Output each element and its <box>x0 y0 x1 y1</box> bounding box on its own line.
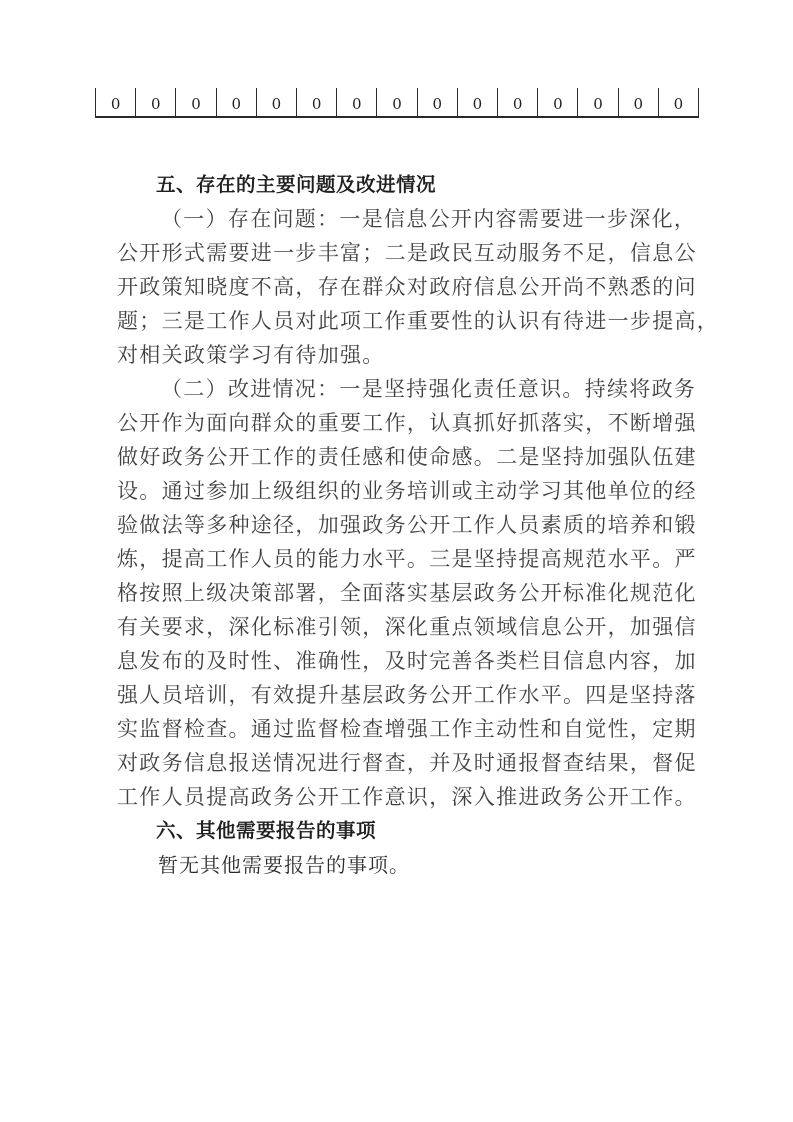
table-cell: 0 <box>577 88 617 116</box>
text-line: （一）存在问题：一是信息公开内容需要进一步深化， <box>117 202 757 236</box>
section-heading: 六、其他需要报告的事项 <box>117 814 757 848</box>
text-line: 对政务信息报送情况进行督查，并及时通报督查结果，督促 <box>117 746 757 780</box>
table-cell: 0 <box>95 88 135 116</box>
text-line: 公开作为面向群众的重要工作，认真抓好抓落实，不断增强 <box>117 406 757 440</box>
section-heading: 五、存在的主要问题及改进情况 <box>117 168 757 202</box>
text-line: 炼，提高工作人员的能力水平。三是坚持提高规范水平。严 <box>117 542 757 576</box>
text-line: 验做法等多种途径，加强政务公开工作人员素质的培养和锻 <box>117 508 757 542</box>
table-cell: 0 <box>336 88 376 116</box>
text-line: 强人员培训，有效提升基层政务公开工作水平。四是坚持落 <box>117 678 757 712</box>
table-cell: 0 <box>497 88 537 116</box>
table-cell: 0 <box>658 88 699 116</box>
paragraph: （二）改进情况：一是坚持强化责任意识。持续将政务公开作为面向群众的重要工作，认真… <box>117 372 757 814</box>
text-line: 工作人员提高政务公开工作意识，深入推进政务公开工作。 <box>117 780 757 814</box>
text-line: 格按照上级决策部署，全面落实基层政务公开标准化规范化 <box>117 576 757 610</box>
table-cell: 0 <box>175 88 215 116</box>
text-line: 题；三是工作人员对此项工作重要性的认识有待进一步提高， <box>117 304 757 338</box>
text-line: （二）改进情况：一是坚持强化责任意识。持续将政务 <box>117 372 757 406</box>
statistics-table-last-row: 000000000000000 <box>95 88 699 118</box>
text-line: 做好政务公开工作的责任感和使命感。二是坚持加强队伍建 <box>117 440 757 474</box>
text-line: 开政策知晓度不高，存在群众对政府信息公开尚不熟悉的问 <box>117 270 757 304</box>
table-cell: 0 <box>618 88 658 116</box>
paragraph: （一）存在问题：一是信息公开内容需要进一步深化，公开形式需要进一步丰富；二是政民… <box>117 202 757 372</box>
text-line: 公开形式需要进一步丰富；二是政民互动服务不足，信息公 <box>117 236 757 270</box>
text-line: 息发布的及时性、准确性，及时完善各类栏目信息内容，加 <box>117 644 757 678</box>
table-cell: 0 <box>537 88 577 116</box>
document-body: 五、存在的主要问题及改进情况（一）存在问题：一是信息公开内容需要进一步深化，公开… <box>117 168 757 882</box>
text-line: 有关要求，深化标准引领，深化重点领域信息公开，加强信 <box>117 610 757 644</box>
table-cell: 0 <box>296 88 336 116</box>
table-cell: 0 <box>457 88 497 116</box>
table-cell: 0 <box>135 88 175 116</box>
text-line: 对相关政策学习有待加强。 <box>117 338 757 372</box>
text-line: 设。通过参加上级组织的业务培训或主动学习其他单位的经 <box>117 474 757 508</box>
table-cell: 0 <box>216 88 256 116</box>
table-cell: 0 <box>376 88 416 116</box>
closing-line: 暂无其他需要报告的事项。 <box>117 848 757 882</box>
table-cell: 0 <box>417 88 457 116</box>
table-cell: 0 <box>256 88 296 116</box>
text-line: 实监督检查。通过监督检查增强工作主动性和自觉性，定期 <box>117 712 757 746</box>
document-page: 000000000000000 五、存在的主要问题及改进情况（一）存在问题：一是… <box>0 0 793 1122</box>
